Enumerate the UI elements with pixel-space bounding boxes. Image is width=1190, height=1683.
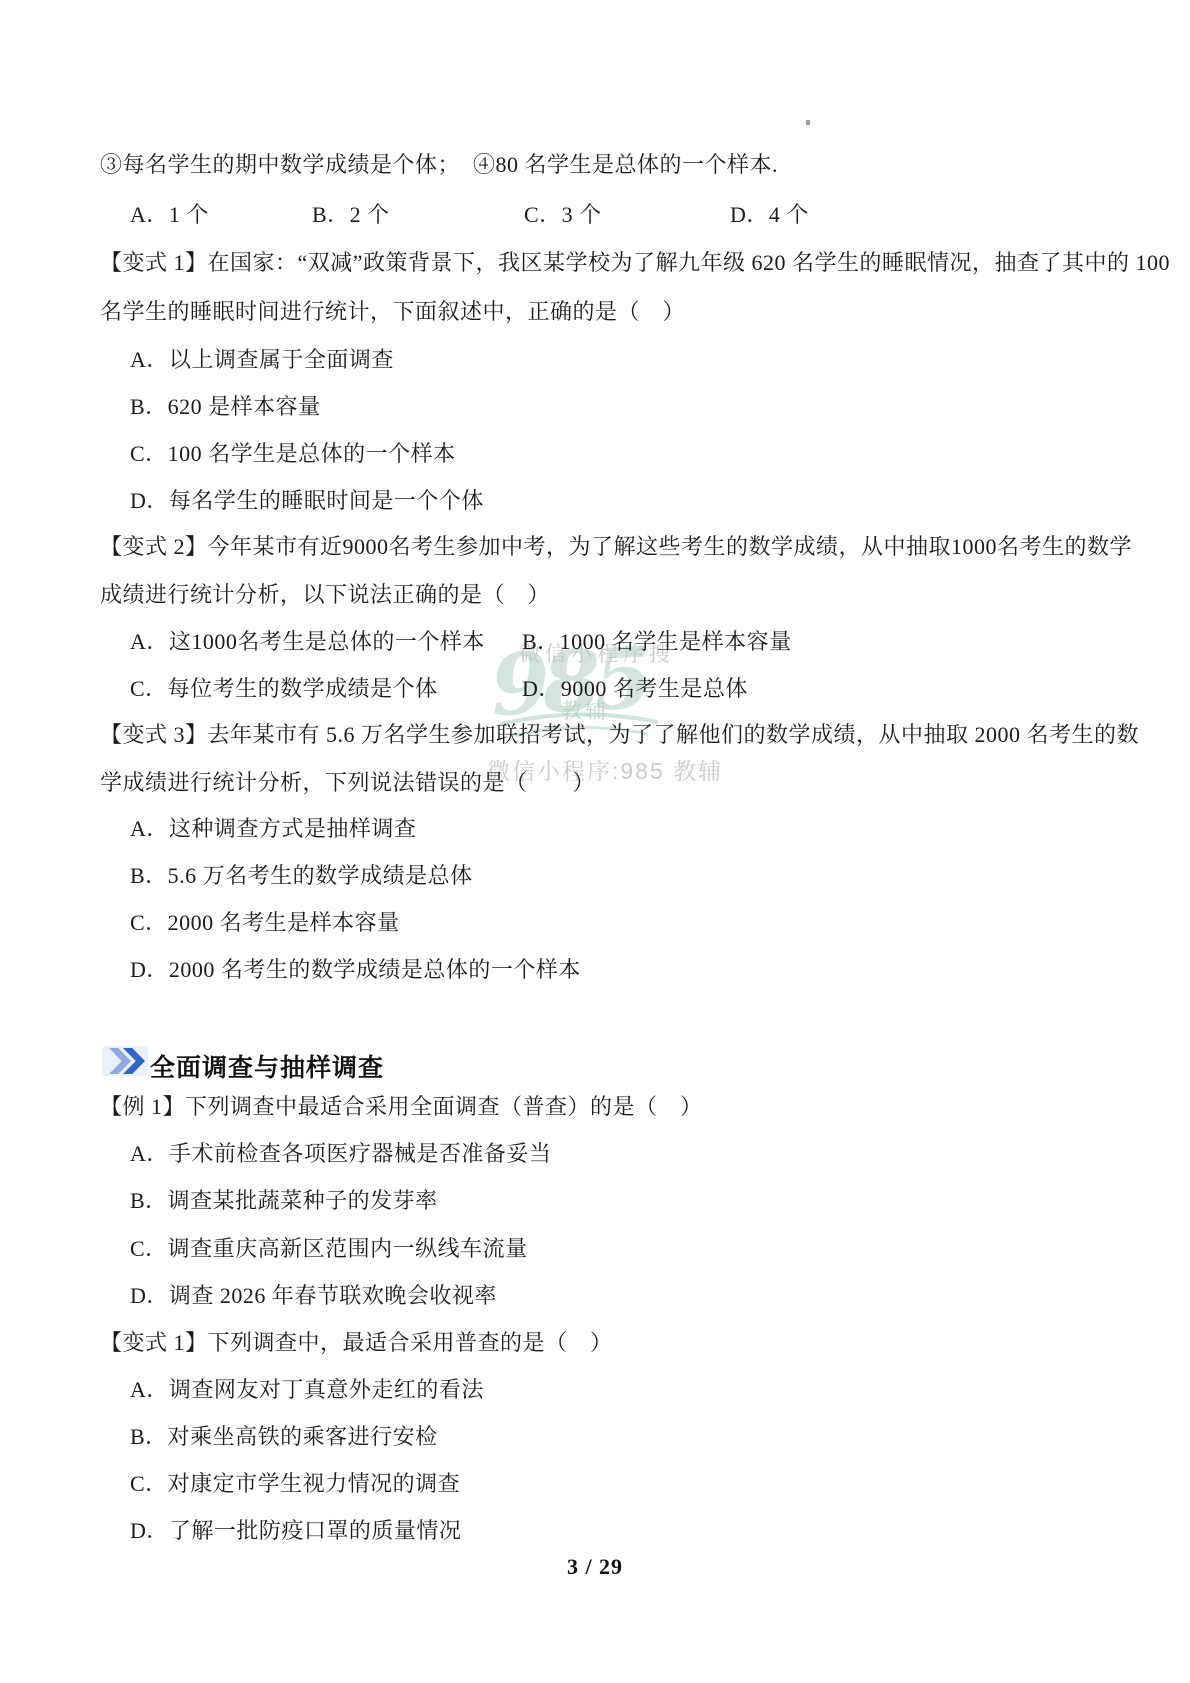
document-page: 微信小程序搜 985 教辅 微信小程序:985 教辅 ③每名学生的期中数学成绩是…	[0, 0, 1190, 1683]
variant3-option-a: A．这种调查方式是抽样调查	[130, 814, 416, 844]
variant3-option-c: C．2000 名考生是样本容量	[130, 908, 400, 938]
example1-option-d: D．调查 2026 年春节联欢晚会收视率	[130, 1281, 497, 1311]
variant3-option-d: D．2000 名考生的数学成绩是总体的一个样本	[130, 955, 581, 985]
variant1-stem-line2: 名学生的睡眠时间进行统计，下面叙述中，正确的是（ ）	[100, 297, 685, 327]
q0-option-a: A．1 个	[130, 200, 209, 230]
variant3-stem-line1: 【变式 3】去年某市有 5.6 万名学生参加联招考试，为了了解他们的数学成绩，从…	[100, 720, 1139, 750]
variant3-option-b: B．5.6 万名考生的数学成绩是总体	[130, 861, 473, 891]
variant1-option-b: B．620 是样本容量	[130, 392, 321, 422]
example1-option-c: C．调查重庆高新区范围内一纵线车流量	[130, 1234, 528, 1264]
variant1b-option-b: B．对乘坐高铁的乘客进行安检	[130, 1422, 438, 1452]
variant1b-option-d: D．了解一批防疫口罩的质量情况	[130, 1516, 461, 1546]
example1-option-a: A．手术前检查各项医疗器械是否准备妥当	[130, 1139, 551, 1169]
scan-speck-dot	[806, 120, 810, 125]
variant2-stem-line2: 成绩进行统计分析，以下说法正确的是（ ）	[100, 580, 550, 610]
q0-item-3: ③每名学生的期中数学成绩是个体；	[100, 150, 460, 180]
variant2-option-d: D．9000 名考生是总体	[522, 674, 748, 704]
section-title: 全面调查与抽样调查	[150, 1048, 384, 1084]
page-number: 3 / 29	[0, 1554, 1190, 1580]
variant1-option-d: D．每名学生的睡眠时间是一个个体	[130, 486, 484, 516]
q0-option-c: C．3 个	[524, 200, 602, 230]
q0-option-d: D．4 个	[730, 200, 809, 230]
variant2-option-a: A．这1000名考生是总体的一个样本	[130, 627, 485, 657]
q0-option-b: B．2 个	[312, 200, 390, 230]
variant1-stem-line1: 【变式 1】在国家：“双减”政策背景下，我区某学校为了解九年级 620 名学生的…	[100, 248, 1170, 278]
variant3-stem-line2: 学成绩进行统计分析，下列说法错误的是（ ）	[100, 768, 595, 798]
variant2-option-c: C．每位考生的数学成绩是个体	[130, 674, 438, 704]
variant2-option-b: B．1000 名学生是样本容量	[522, 627, 792, 657]
example1-option-b: B．调查某批蔬菜种子的发芽率	[130, 1186, 438, 1216]
variant1b-option-c: C．对康定市学生视力情况的调查	[130, 1469, 460, 1499]
variant2-stem-line1: 【变式 2】今年某市有近9000名考生参加中考，为了解这些考生的数学成绩，从中抽…	[100, 532, 1132, 562]
example1-stem: 【例 1】下列调查中最适合采用全面调查（普查）的是（ ）	[100, 1092, 703, 1122]
variant1-option-a: A．以上调查属于全面调查	[130, 345, 394, 375]
variant1b-stem: 【变式 1】下列调查中，最适合采用普查的是（ ）	[100, 1328, 613, 1358]
variant1-option-c: C．100 名学生是总体的一个样本	[130, 439, 456, 469]
variant1b-option-a: A．调查网友对丁真意外走红的看法	[130, 1375, 484, 1405]
q0-item-4: ④80 名学生是总体的一个样本.	[473, 150, 778, 180]
